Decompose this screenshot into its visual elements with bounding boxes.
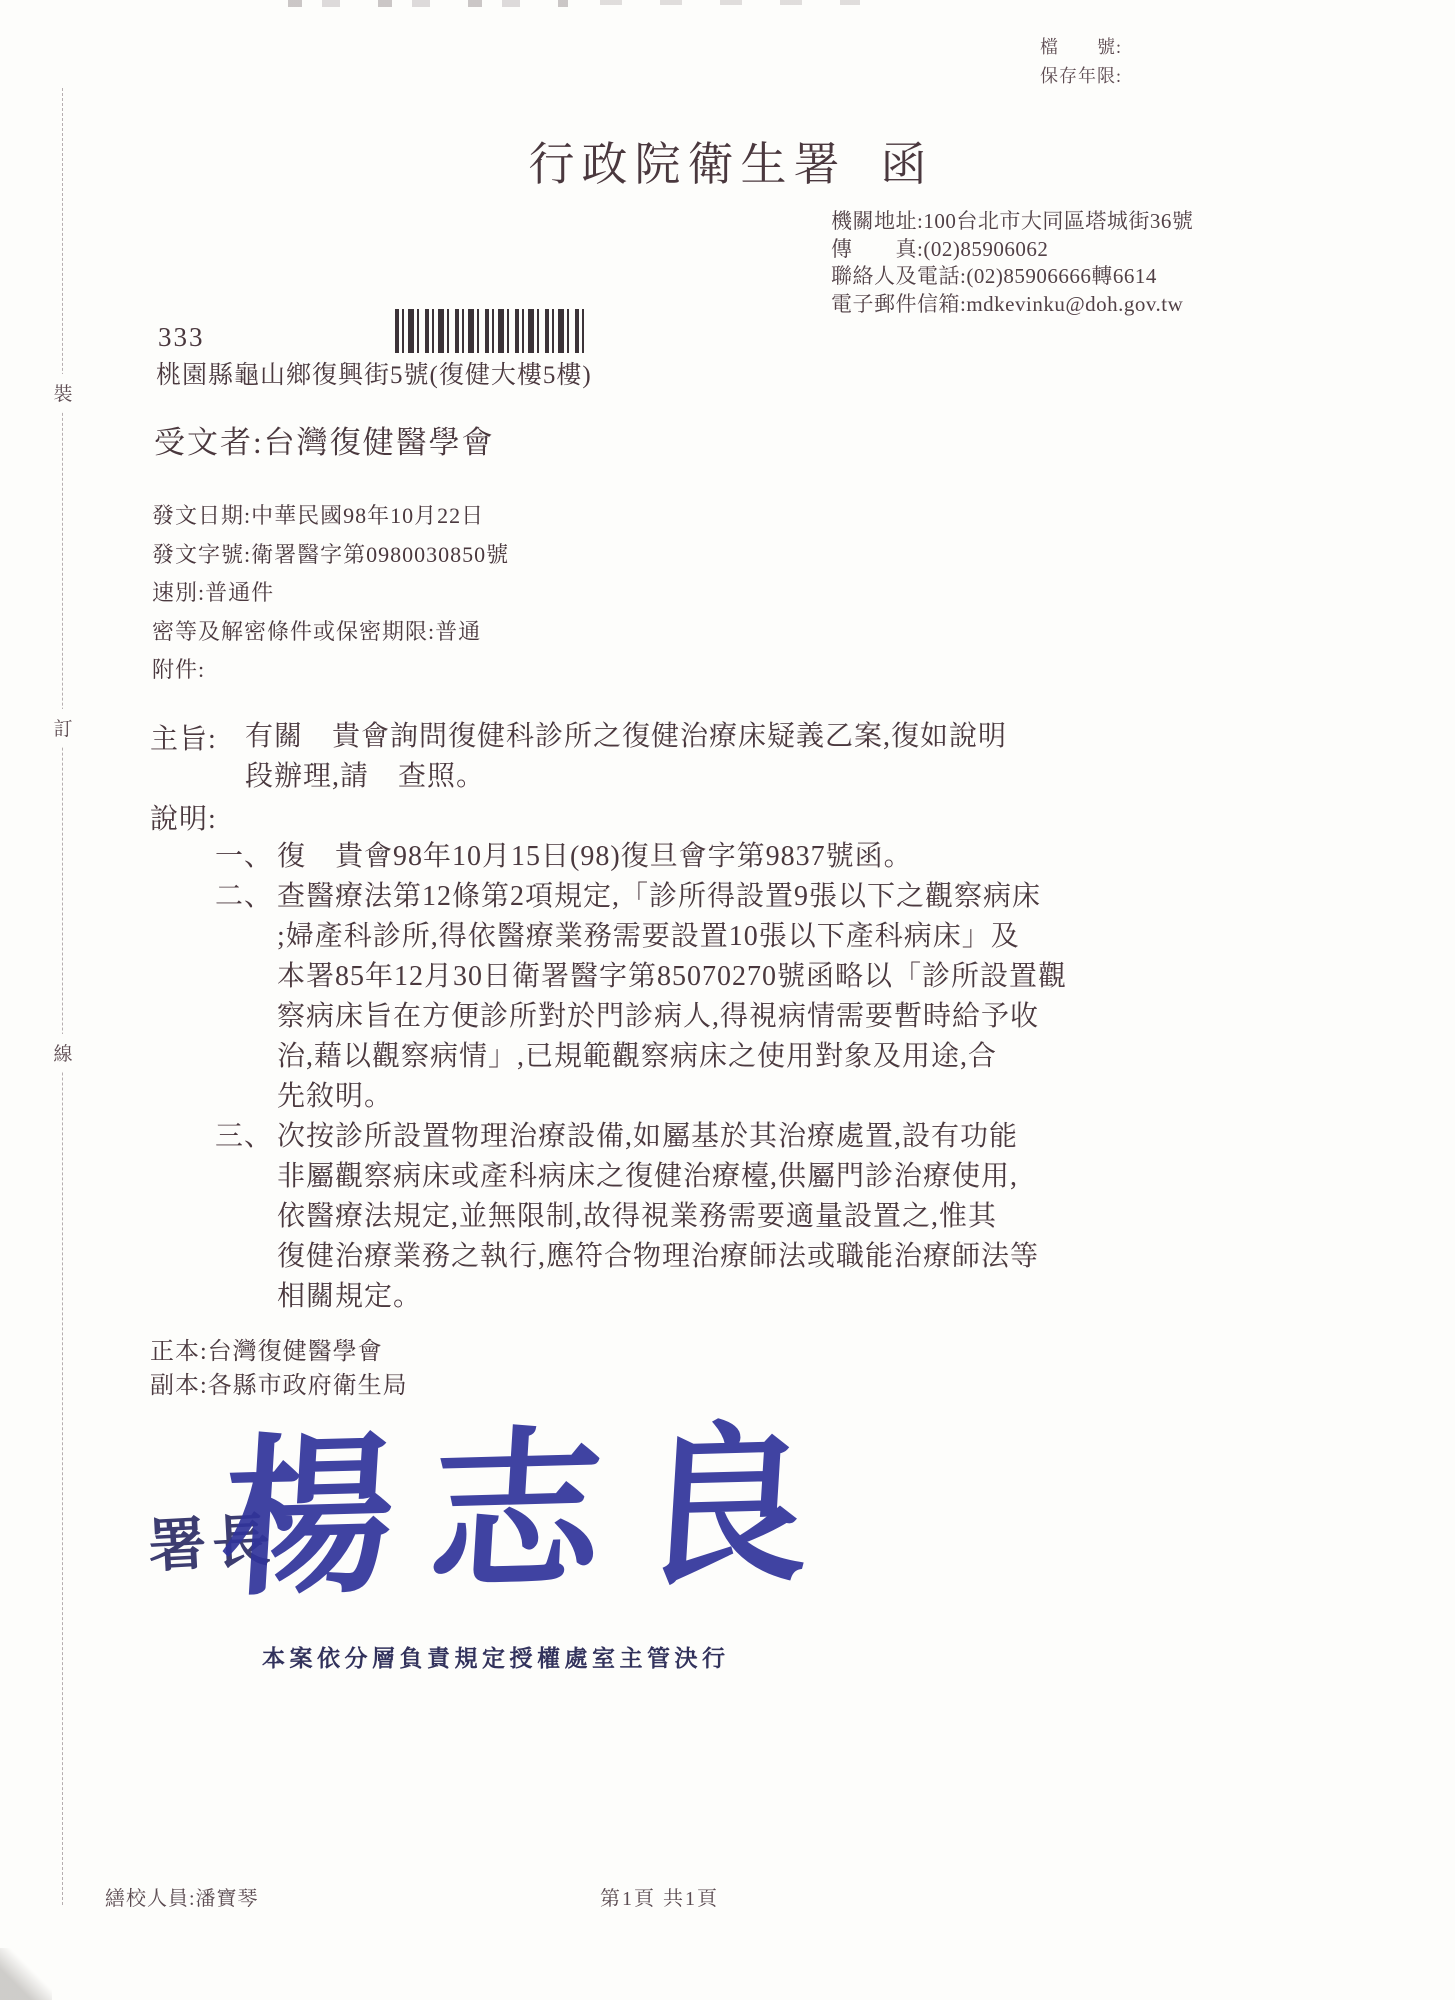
agency-email-line: 電子郵件信箱:mdkevinku@doh.gov.tw [831,291,1193,319]
scan-artifact [288,0,568,7]
file-number-block: 檔 號: 保存年限: [1040,33,1122,91]
binding-char-zhuang: 裝 [51,374,75,411]
item-line: 次按診所設置物理治療設備,如屬基於其治療處置,設有功能 [277,1117,1039,1157]
binding-char-xian: 線 [51,1034,75,1071]
item-line: 相關規定。 [277,1277,1039,1317]
item-number: 三、 [215,1117,273,1157]
subject-line: 有關 貴會詢問復健科診所之復健治療床疑義乙案,復如說明 [245,717,1007,757]
agency-contact-block: 機關地址:100台北市大同區塔城街36號 傳 真:(02)85906062 聯絡… [831,208,1193,318]
issue-date-line: 發文日期:中華民國98年10月22日 [152,497,509,536]
authorization-note: 本案依分層負責規定授權處室主管決行 [262,1640,730,1673]
subject-line: 段辦理,請 查照。 [245,757,1007,797]
confidentiality-line: 密等及解密條件或保密期限:普通 [152,613,509,652]
document-page: 裝 訂 線 檔 號: 保存年限: 行政院衛生署函 機關地址:100台北市大同區塔… [0,0,1455,2000]
item-line: ;婦產科診所,得依醫療業務需要設置10張以下產科病床」及 [277,917,1067,957]
explanation-item-3: 三、 次按診所設置物理治療設備,如屬基於其治療處置,設有功能 非屬觀察病床或產科… [277,1117,1039,1317]
proofreader-line: 繕校人員:潘寶琴 [105,1882,259,1911]
document-title-row: 行政院衛生署函 [0,128,1455,194]
signature-handwritten-name: 楊志良 [217,1420,851,1609]
original-copy-line: 正本:台灣復健醫學會 [150,1335,408,1369]
recipient-line: 受文者:台灣復健醫學會 [154,417,495,462]
subject-label: 主旨: [150,717,217,757]
item-line: 非屬觀察病床或產科病床之復健治療檯,供屬門診治療使用, [277,1157,1039,1197]
scan-artifact [600,0,860,5]
attachment-line: 附件: [152,651,509,690]
page-indicator: 第1頁 共1頁 [600,1882,719,1911]
recipient-address: 桃園縣龜山鄉復興街5號(復健大樓5樓) [156,355,592,391]
item-line: 本署85年12月30日衛署醫字第85070270號函略以「診所設置觀 [277,957,1067,997]
speed-class-line: 速別:普通件 [152,574,509,613]
page-fold-shadow [0,1948,52,2000]
item-line: 察病床旨在方便診所對於門診病人,得視病情需要暫時給予收 [277,997,1067,1037]
explanation-item-1: 一、 復 貴會98年10月15日(98)復旦會字第9837號函。 [277,837,913,877]
agency-address-line: 機關地址:100台北市大同區塔城街36號 [831,208,1193,236]
cc-copy-line: 副本:各縣市政府衛生局 [150,1369,408,1403]
retention-period-label: 保存年限: [1040,62,1122,91]
agency-title: 行政院衛生署 [529,139,847,190]
agency-phone-line: 聯絡人及電話:(02)85906666轉6614 [831,263,1193,291]
item-line: 復健治療業務之執行,應符合物理治療師法或職能治療師法等 [277,1237,1039,1277]
explanation-label: 說明: [150,797,217,837]
agency-fax-line: 傳 真:(02)85906062 [831,236,1193,264]
barcode [395,309,587,353]
recipient-zip-code: 333 [158,322,205,353]
item-line: 復 貴會98年10月15日(98)復旦會字第9837號函。 [277,837,913,877]
file-number-label: 檔 號: [1040,33,1122,62]
item-line: 依醫療法規定,並無限制,故得視業務需要適量設置之,惟其 [277,1197,1039,1237]
item-line: 先敘明。 [277,1077,1067,1117]
issue-number-line: 發文字號:衛署醫字第0980030850號 [152,536,509,575]
document-meta-block: 發文日期:中華民國98年10月22日 發文字號:衛署醫字第0980030850號… [152,497,509,690]
document-type: 函 [881,139,927,190]
item-number: 一、 [215,837,273,877]
binding-dashed-line [62,88,63,1905]
item-line: 查醫療法第12條第2項規定,「診所得設置9張以下之觀察病床 [277,877,1067,917]
item-number: 二、 [215,877,273,917]
explanation-item-2: 二、 查醫療法第12條第2項規定,「診所得設置9張以下之觀察病床 ;婦產科診所,… [277,877,1067,1117]
copies-block: 正本:台灣復健醫學會 副本:各縣市政府衛生局 [150,1335,408,1403]
item-line: 治,藉以觀察病情」,已規範觀察病床之使用對象及用途,合 [277,1037,1067,1077]
subject-text: 有關 貴會詢問復健科診所之復健治療床疑義乙案,復如說明 段辦理,請 查照。 [245,717,1007,797]
binding-char-ding: 訂 [51,709,75,746]
